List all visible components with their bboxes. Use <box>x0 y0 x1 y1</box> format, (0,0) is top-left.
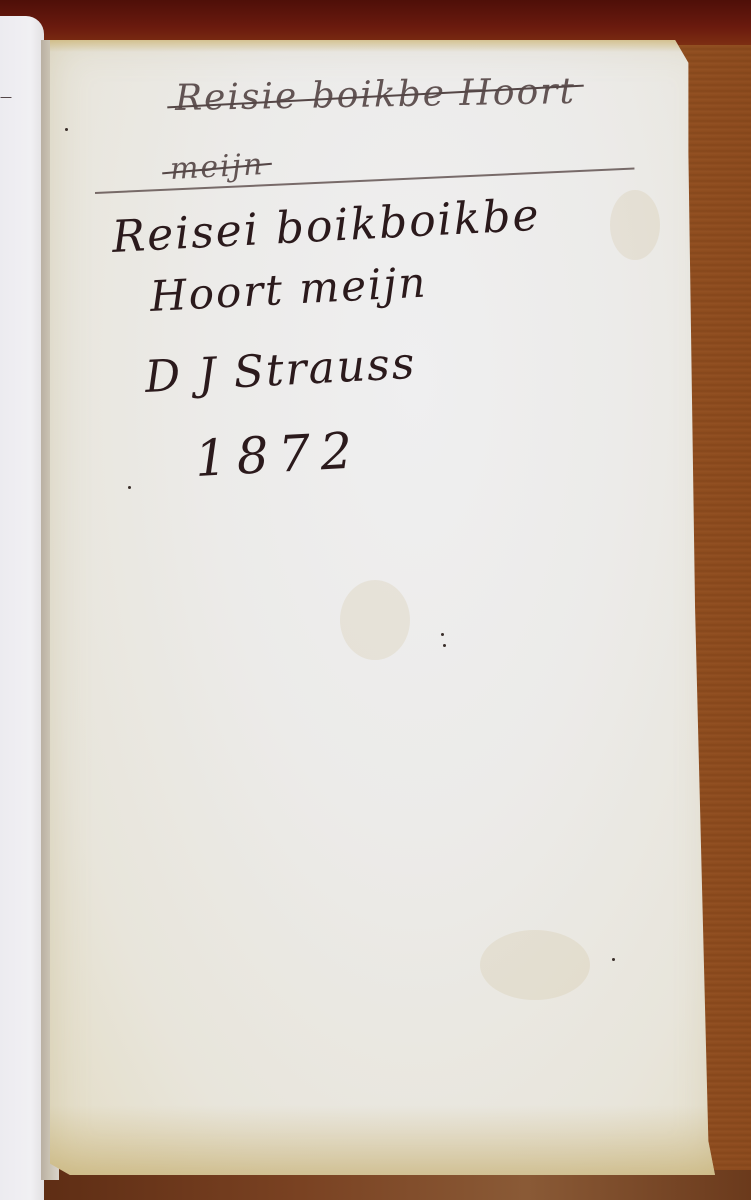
crossed-out-inscription-line-1: Reisie boikbe Hoort <box>175 71 577 119</box>
inscription-year: 1872 <box>193 421 363 488</box>
book-cover-top-edge <box>0 0 751 45</box>
paper-speck <box>441 633 444 636</box>
struck-text: Reisie boikbe Hoort <box>175 71 577 119</box>
paper-stain <box>340 580 410 660</box>
crossed-out-inscription-line-2: meijn <box>169 147 265 187</box>
left-page-ink-mark: — <box>0 94 10 100</box>
struck-text: meijn <box>169 147 265 187</box>
paper-speck <box>443 644 446 647</box>
paper-speck <box>65 128 68 131</box>
paper-speck <box>128 486 131 489</box>
paper-stain <box>480 930 590 1000</box>
left-facing-page: — <box>0 16 44 1200</box>
paper-stain <box>610 190 660 260</box>
paper-speck <box>612 958 615 961</box>
